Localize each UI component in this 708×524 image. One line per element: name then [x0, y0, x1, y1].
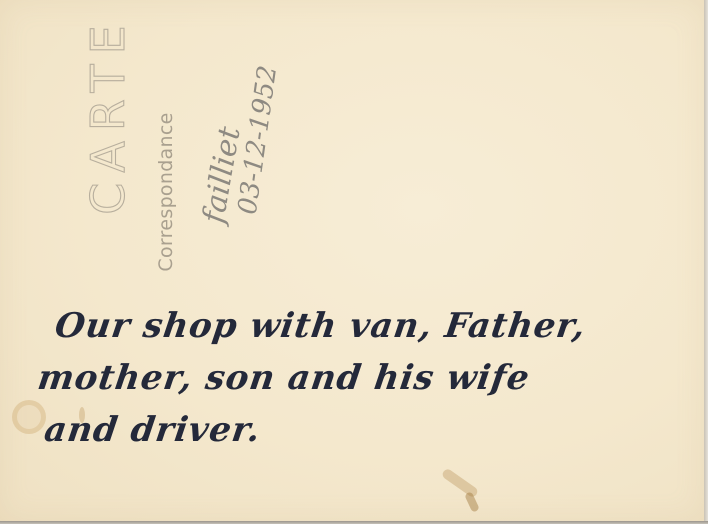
- stain-mark: [12, 400, 46, 434]
- message-line: mother, son and his wife: [34, 352, 582, 404]
- printed-title-carte: CARTE: [81, 15, 135, 214]
- message-line: Our shop with van, Father,: [52, 300, 590, 352]
- stain-mark: [464, 491, 480, 513]
- stain-mark: [79, 407, 85, 423]
- card-edge-right: [704, 0, 708, 524]
- printed-subtitle-correspondance: Correspondance: [155, 112, 177, 271]
- stain-mark: [441, 467, 480, 498]
- handwritten-message: Our shop with van, Father, mother, son a…: [19, 300, 589, 456]
- postcard-back: CARTE Correspondance failliet 03-12-1952…: [0, 0, 704, 521]
- message-line: and driver.: [41, 404, 575, 456]
